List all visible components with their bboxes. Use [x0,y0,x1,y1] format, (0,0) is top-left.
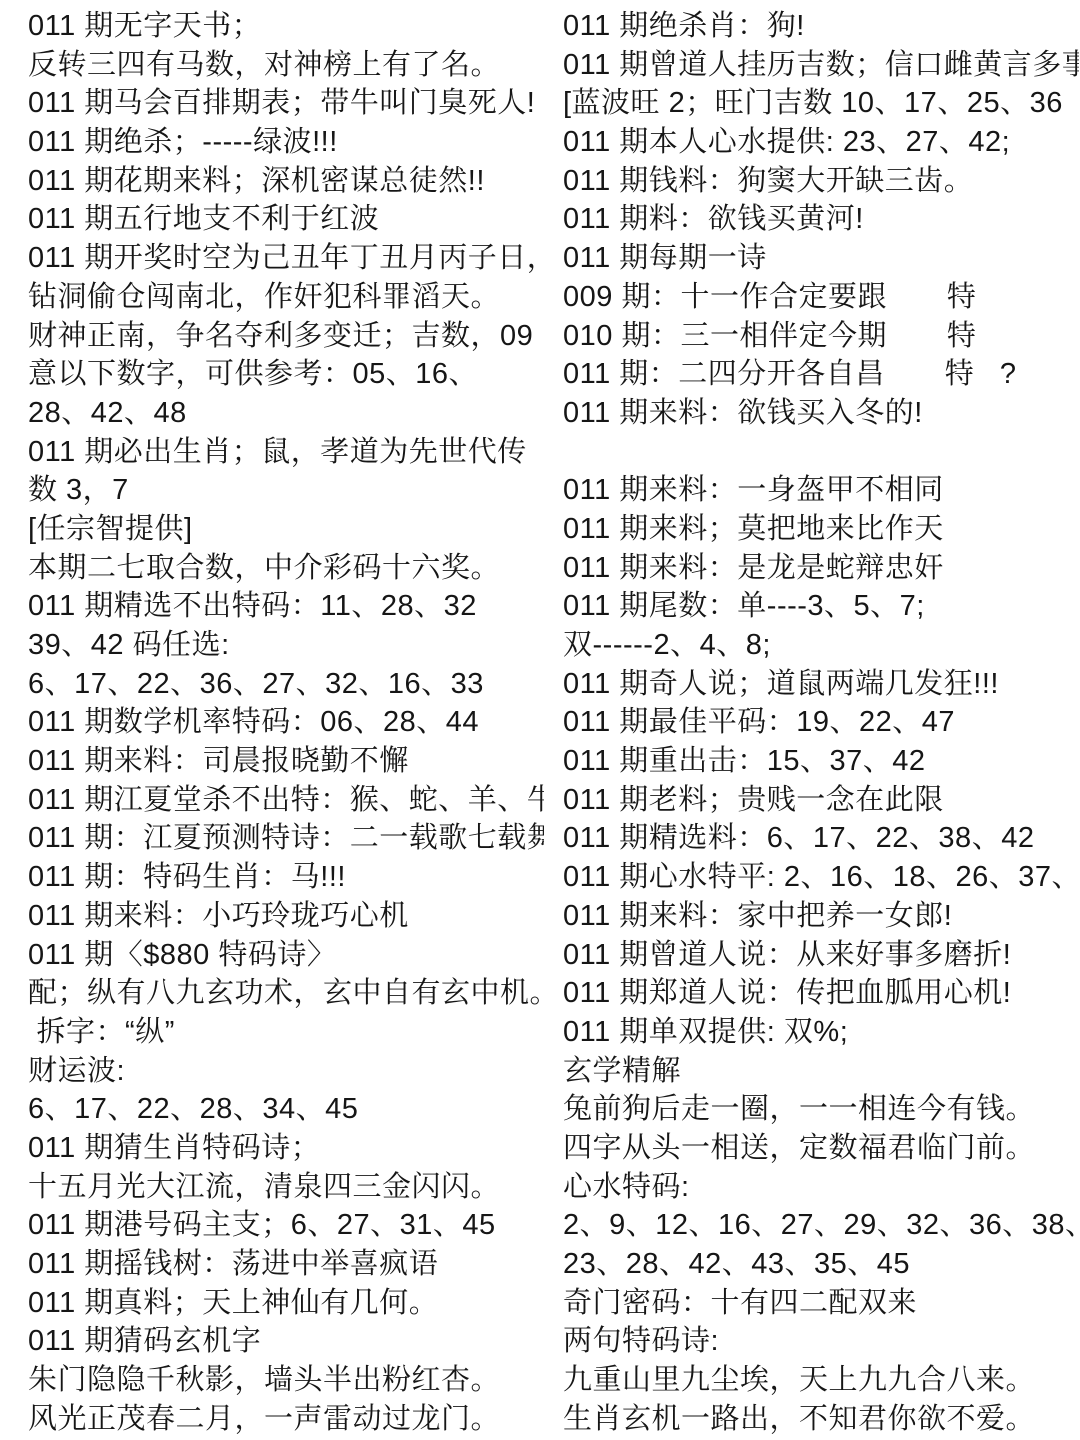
text-line: 011 期尾数：单----3、5、7; [563,587,1079,626]
text-line: 十五月光大江流，清泉四三金闪闪。 [28,1168,544,1207]
text-line: 意以下数字，可供参考：05、16、 [28,355,544,394]
text-line: 011 期摇钱树：荡进中举喜疯语 [28,1245,544,1284]
text-line: 011 期数学机率特码：06、28、44 [28,703,544,742]
text-line: 数 3，7 [28,471,544,510]
text-line: 011 期〈$880 特码诗〉 [28,936,544,975]
text-line: 011 期来料：家中把养一女郎! [563,897,1079,936]
text-line: 011 期江夏堂杀不出特：猴、蛇、羊、牛 [28,781,544,820]
left-column: 011 期无字天书；反转三四有马数，对神榜上有了名。011 期马会百排期表；带牛… [28,7,544,1438]
text-line: 011 期开奖时空为己丑年丁丑月丙子日， [28,239,544,278]
text-line: 011 期猜生肖特码诗； [28,1129,544,1168]
text-line: 双------2、4、8; [563,626,1079,665]
text-line: 011 期料：欲钱买黄河! [563,200,1079,239]
text-line: 011 期曾道人挂历吉数；信口雌黄言多事 [563,46,1079,85]
text-line: 011 期五行地支不利于红波 [28,200,544,239]
text-line: 拆字：“纵” [28,1013,544,1052]
text-line: 011 期精选不出特码：11、28、32 [28,587,544,626]
text-line: 钻洞偷仓闯南北，作奸犯科罪滔天。 [28,278,544,317]
text-line: 财神正南，争名夺利多变迁；吉数，09 [28,317,544,356]
text-line: 011 期每期一诗 [563,239,1079,278]
text-line: 23、28、42、43、35、45 [563,1245,1079,1284]
text-line: 011 期真料；天上神仙有几何。 [28,1284,544,1323]
text-line: 2、9、12、16、27、29、32、36、38、 [563,1206,1079,1245]
text-line: 011 期：江夏预测特诗：二一载歌七载舞! [28,819,544,858]
text-line: [任宗智提供] [28,510,544,549]
text-line: 奇门密码：十有四二配双来 [563,1284,1079,1323]
text-line: 011 期来料：一身盔甲不相同 [563,471,1079,510]
text-line: 配；纵有八九玄功术，玄中自有玄中机。 [28,974,544,1013]
text-line: 011 期绝杀；-----绿波!!! [28,123,544,162]
text-line: 风光正茂春二月，一声雷动过龙门。 [28,1400,544,1439]
right-column: 011 期绝杀肖：狗!011 期曾道人挂历吉数；信口雌黄言多事[蓝波旺 2；旺门… [563,7,1079,1438]
text-line: 心水特码: [563,1168,1079,1207]
text-line: 财运波: [28,1052,544,1091]
text-line: 011 期马会百排期表；带牛叫门臭死人! [28,84,544,123]
text-line: 011 期港号码主支；6、27、31、45 [28,1206,544,1245]
text-line: 生肖玄机一路出，不知君你欲不爱。 [563,1400,1079,1439]
text-line: 6、17、22、36、27、32、16、33 [28,665,544,704]
page: 011 期无字天书；反转三四有马数，对神榜上有了名。011 期马会百排期表；带牛… [0,0,1080,1440]
text-line: 反转三四有马数，对神榜上有了名。 [28,46,544,85]
text-line: 011 期：特码生肖：马!!! [28,858,544,897]
text-line [563,433,1079,472]
text-line: 九重山里九尘埃，天上九九合八来。 [563,1361,1079,1400]
text-line: 011 期钱料：狗窦大开缺三齿。 [563,162,1079,201]
text-line: 011 期来料：是龙是蛇辩忠奸 [563,549,1079,588]
text-line: 010 期：三一相伴定今期 特 [563,317,1079,356]
text-line: 四字从头一相送，定数福君临门前。 [563,1129,1079,1168]
text-line: [蓝波旺 2；旺门吉数 10、17、25、36 [563,84,1079,123]
text-line: 39、42 码任选: [28,626,544,665]
text-line: 011 期花期来料；深机密谋总徒然!! [28,162,544,201]
text-line: 兔前狗后走一圈，一一相连今有钱。 [563,1090,1079,1129]
text-line: 011 期老料；贵贱一念在此限 [563,781,1079,820]
text-line: 011 期：二四分开各自昌 特 ? [563,355,1079,394]
text-line: 6、17、22、28、34、45 [28,1090,544,1129]
text-line: 011 期来料；莫把地来比作天 [563,510,1079,549]
text-line: 011 期精选料：6、17、22、38、42 [563,819,1079,858]
text-line: 两句特码诗: [563,1322,1079,1361]
text-line: 011 期奇人说；道鼠两端几发狂!!! [563,665,1079,704]
text-line: 011 期绝杀肖：狗! [563,7,1079,46]
text-line: 011 期重出击：15、37、42 [563,742,1079,781]
text-line: 011 期本人心水提供: 23、27、42; [563,123,1079,162]
text-line: 011 期单双提供: 双%; [563,1013,1079,1052]
text-line: 011 期心水特平: 2、16、18、26、37、45。 [563,858,1079,897]
text-line: 011 期必出生肖；鼠，孝道为先世代传 [28,433,544,472]
text-line: 011 期来料：欲钱买入冬的! [563,394,1079,433]
text-line: 011 期来料：小巧玲珑巧心机 [28,897,544,936]
text-line: 009 期：十一作合定要跟 特 [563,278,1079,317]
text-line: 朱门隐隐千秋影，墙头半出粉红杏。 [28,1361,544,1400]
text-line: 011 期猜码玄机字 [28,1322,544,1361]
text-line: 本期二七取合数，中介彩码十六奖。 [28,549,544,588]
text-line: 011 期最佳平码：19、22、47 [563,703,1079,742]
text-line: 011 期无字天书； [28,7,544,46]
text-line: 011 期郑道人说：传把血胍用心机! [563,974,1079,1013]
text-line: 011 期来料：司晨报晓勤不懈 [28,742,544,781]
text-line: 011 期曾道人说：从来好事多磨折! [563,936,1079,975]
text-line: 玄学精解 [563,1052,1079,1091]
text-line: 28、42、48 [28,394,544,433]
